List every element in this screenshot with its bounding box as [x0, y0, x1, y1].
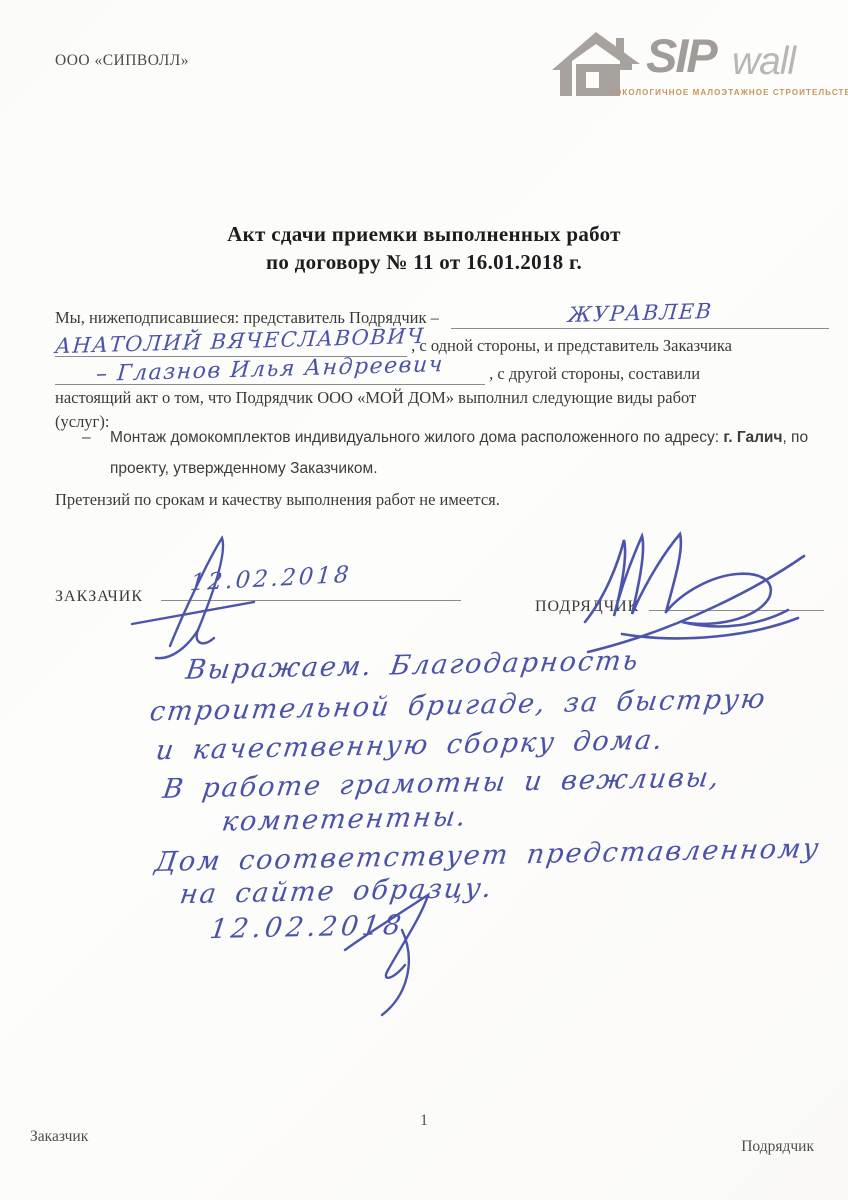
bullet-text: Монтаж домокомплектов индивидуального жи… — [110, 422, 810, 484]
footer-contractor: Подрядчик — [741, 1138, 814, 1156]
body-line3-printed: , с другой стороны, составили — [489, 364, 700, 383]
handwritten-customer-name: – Глазнов Илья Андреевич — [95, 354, 444, 386]
page-number: 1 — [0, 1112, 848, 1130]
document-title-line1: Акт сдачи приемки выполненных работ — [0, 222, 848, 247]
claims-statement: Претензий по срокам и качеству выполнени… — [55, 490, 500, 510]
company-name: ООО «СИПВОЛЛ» — [55, 52, 189, 70]
contractor-signature-ink — [560, 522, 815, 657]
contractor-name-field: ЖУРАВЛЕВ — [451, 306, 829, 329]
document-title-line2: по договору № 11 от 16.01.2018 г. — [0, 250, 848, 275]
logo-text-wall: wall — [732, 42, 795, 81]
logo-text-sip: SIP — [646, 32, 716, 79]
footer-customer: Заказчик — [30, 1128, 88, 1146]
note-signature-ink — [330, 890, 450, 1020]
work-list-item: – Монтаж домокомплектов индивидуального … — [82, 422, 812, 484]
handwritten-contractor-firstname: АНАТОЛИЙ ВЯЧЕСЛАВОВИЧ — [54, 326, 425, 357]
note-line-2: строительной бригаде, за быструю — [148, 683, 769, 727]
customer-name-field: – Глазнов Илья Андреевич — [55, 362, 485, 385]
customer-signature-ink — [112, 528, 282, 658]
note-line-6: Дом соответствует представленному — [153, 833, 822, 878]
sipwall-logo: SIP wall «ЭКОЛОГИЧНОЕ МАЛОЭТАЖНОЕ СТРОИТ… — [550, 24, 830, 106]
contractor-patronymic-field: АНАТОЛИЙ ВЯЧЕСЛАВОВИЧ — [55, 334, 407, 357]
bullet-text-before: Монтаж домокомплектов индивидуального жи… — [110, 429, 723, 446]
body-line-4: настоящий акт о том, что Подрядчик ООО «… — [55, 388, 795, 408]
bullet-text-address: г. Галич — [723, 429, 782, 446]
logo-tagline: «ЭКОЛОГИЧНОЕ МАЛОЭТАЖНОЕ СТРОИТЕЛЬСТВО» — [610, 88, 848, 97]
note-line-4: В работе грамотны и вежливы, — [161, 762, 723, 805]
body-line-3: – Глазнов Илья Андреевич , с другой стор… — [55, 362, 795, 385]
note-line-3: и качественную сборку дома. — [154, 725, 666, 767]
note-line-5: компетентны. — [220, 801, 470, 837]
scanned-document-page: ООО «СИПВОЛЛ» SIP wall «ЭКОЛОГИЧНОЕ МАЛО… — [0, 0, 848, 1200]
body-line2-printed: , с одной стороны, и представитель Заказ… — [411, 336, 732, 355]
bullet-dash: – — [82, 422, 110, 453]
handwritten-contractor-lastname: ЖУРАВЛЕВ — [567, 301, 713, 326]
